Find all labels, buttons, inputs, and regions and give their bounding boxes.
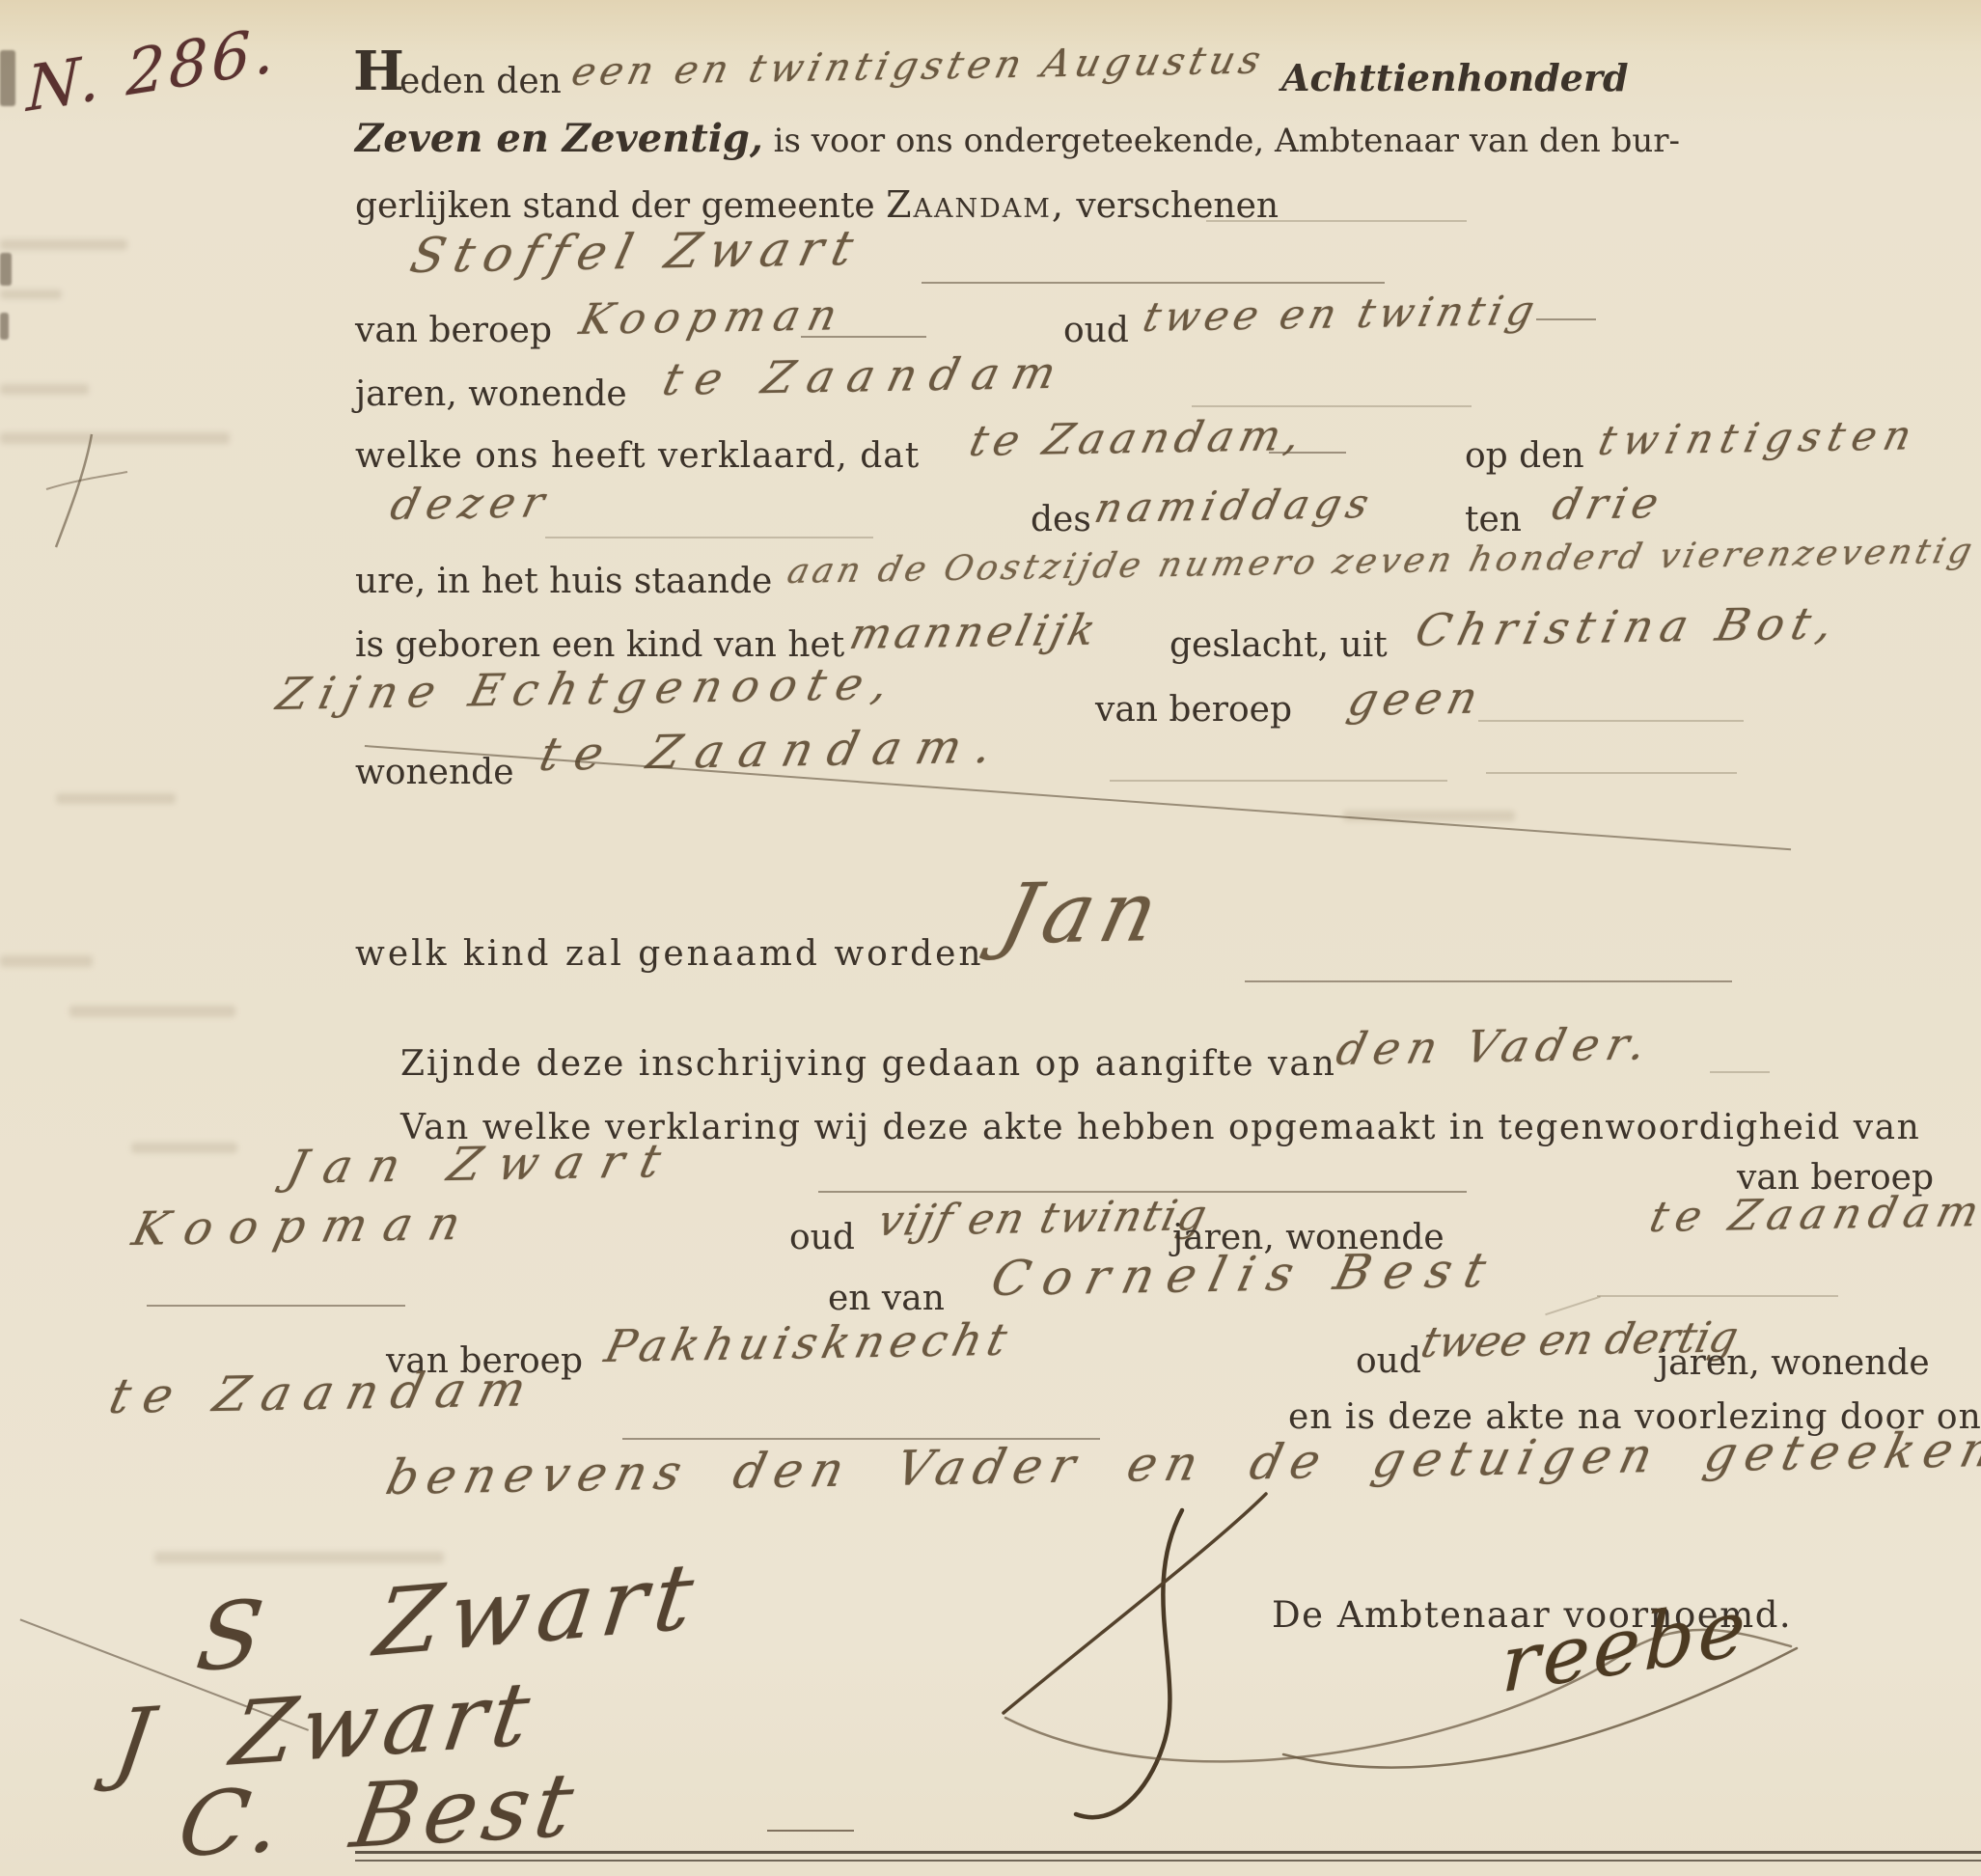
hw-sex: mannelijk: [845, 606, 1104, 659]
hw-mother-occupation: geen: [1343, 672, 1489, 726]
printed-ure: ure, in het huis staande: [355, 562, 772, 601]
hw-witness2-occupation: Pakhuisknecht: [600, 1313, 1018, 1372]
printed-year: Zeven en Zeventig,: [355, 116, 763, 161]
birth-certificate-page: N. 286. H eden den een en twintigsten Au…: [0, 0, 1981, 1876]
signature-c-best: C. Best: [172, 1753, 586, 1876]
printed-registration: Zijnde deze inschrijving gedaan op aangi…: [400, 1044, 1336, 1084]
printed-line3-pre: gerlijken stand der gemeente: [355, 186, 886, 226]
hw-declarant-age: twee en twintig: [1139, 287, 1544, 341]
bleedthrough-mark: [154, 1552, 444, 1563]
pen-dash: [767, 1830, 854, 1832]
hw-birth-place: te Zaandam,: [965, 411, 1310, 466]
printed-ten: ten: [1465, 500, 1522, 539]
hw-date: een en twintigsten Augustus: [567, 39, 1270, 95]
edge-ink-smudge: [0, 313, 9, 340]
printed-oud-2: oud: [789, 1218, 855, 1257]
hw-informant: den Vader.: [1332, 1017, 1659, 1075]
hw-witness2-residence: te Zaandam: [104, 1361, 545, 1424]
edge-ink-smudge: [0, 253, 12, 286]
footer-rule-bottom: [355, 1860, 1981, 1862]
hw-mother-relation: Zijne Echtgenoote,: [272, 657, 904, 720]
blank-rule: [1206, 220, 1467, 222]
pen-dash: [1710, 1071, 1770, 1073]
hw-witness2-name: Cornelis Best: [986, 1242, 1504, 1307]
printed-op-den: op den: [1465, 436, 1584, 476]
hw-witness1-age: vijf en twintig: [873, 1191, 1213, 1246]
drop-cap-h: H: [353, 44, 404, 98]
hw-mother-name: Christina Bot,: [1411, 596, 1846, 656]
hw-declarant-name: Stoffel Zwart: [405, 220, 868, 284]
bleedthrough-mark: [69, 1006, 235, 1017]
hw-witness1-name: Jan Zwart: [282, 1134, 683, 1195]
edge-ink-smudge: [0, 50, 15, 106]
pen-flourish: [1545, 1296, 1601, 1315]
hw-declarant-residence: te Zaandam: [658, 346, 1075, 405]
hw-birth-day: twintigsten: [1594, 411, 1924, 464]
hw-child-name: Jan: [992, 864, 1174, 963]
hw-mother-residence: te Zaandam.: [535, 720, 1013, 782]
hw-day-part: namiddags: [1090, 480, 1379, 532]
pen-dash: [801, 336, 926, 338]
bleedthrough-mark: [131, 1143, 237, 1153]
void-strike-line: [365, 745, 1791, 850]
printed-oud-3: oud: [1356, 1341, 1421, 1381]
hw-birth-hour: drie: [1548, 479, 1669, 530]
blank-rule: [545, 537, 873, 538]
blank-rule: [1110, 780, 1447, 782]
printed-achttienhonderd: Achttienhonderd: [1281, 56, 1629, 99]
blank-rule: [1478, 720, 1744, 722]
act-number: N. 286.: [26, 14, 278, 126]
printed-heden-den: eden den: [399, 62, 562, 101]
hw-witness1-residence: te Zaandam: [1645, 1187, 1981, 1242]
hw-house-address: aan de Oostzijde numero zeven honderd vi…: [784, 532, 1979, 592]
printed-geslacht-uit: geslacht, uit: [1169, 625, 1388, 665]
blank-rule: [1486, 772, 1737, 774]
blank-rule: [1597, 1295, 1838, 1297]
blank-rule: [1245, 980, 1732, 982]
pen-dash: [1536, 318, 1596, 320]
printed-van-beroep-2: van beroep: [1095, 690, 1292, 730]
blank-rule: [1192, 405, 1472, 407]
printed-gemeente-name: Zaandam,: [886, 183, 1065, 226]
bleedthrough-mark: [0, 239, 127, 250]
printed-en-van: en van: [828, 1279, 945, 1318]
printed-jaren-wonende: jaren, wonende: [355, 374, 627, 414]
printed-oud: oud: [1063, 311, 1129, 350]
stray-pen-mark: [39, 429, 145, 555]
printed-des: des: [1031, 500, 1091, 539]
bleedthrough-mark: [56, 793, 176, 804]
hw-witness1-occupation: Koopman: [127, 1197, 483, 1256]
printed-wonende: wonende: [355, 753, 514, 792]
pen-dash: [147, 1305, 405, 1307]
bleedthrough-mark: [0, 384, 89, 395]
pen-dash: [1269, 452, 1346, 454]
hw-birth-month: dezer: [386, 478, 557, 530]
bleedthrough-mark: [0, 955, 93, 967]
printed-van-beroep: van beroep: [355, 311, 552, 350]
printed-jaren-wonende-3: jaren, wonende: [1658, 1343, 1930, 1383]
printed-line2: is voor ons ondergeteekende, Ambtenaar v…: [763, 122, 1680, 160]
bleedthrough-mark: [0, 290, 62, 299]
footer-rule-top: [355, 1851, 1981, 1854]
printed-naming: welk kind zal genaamd worden: [355, 934, 984, 974]
printed-declaration: welke ons heeft verklaard, dat: [355, 436, 920, 476]
blank-rule: [922, 282, 1385, 284]
